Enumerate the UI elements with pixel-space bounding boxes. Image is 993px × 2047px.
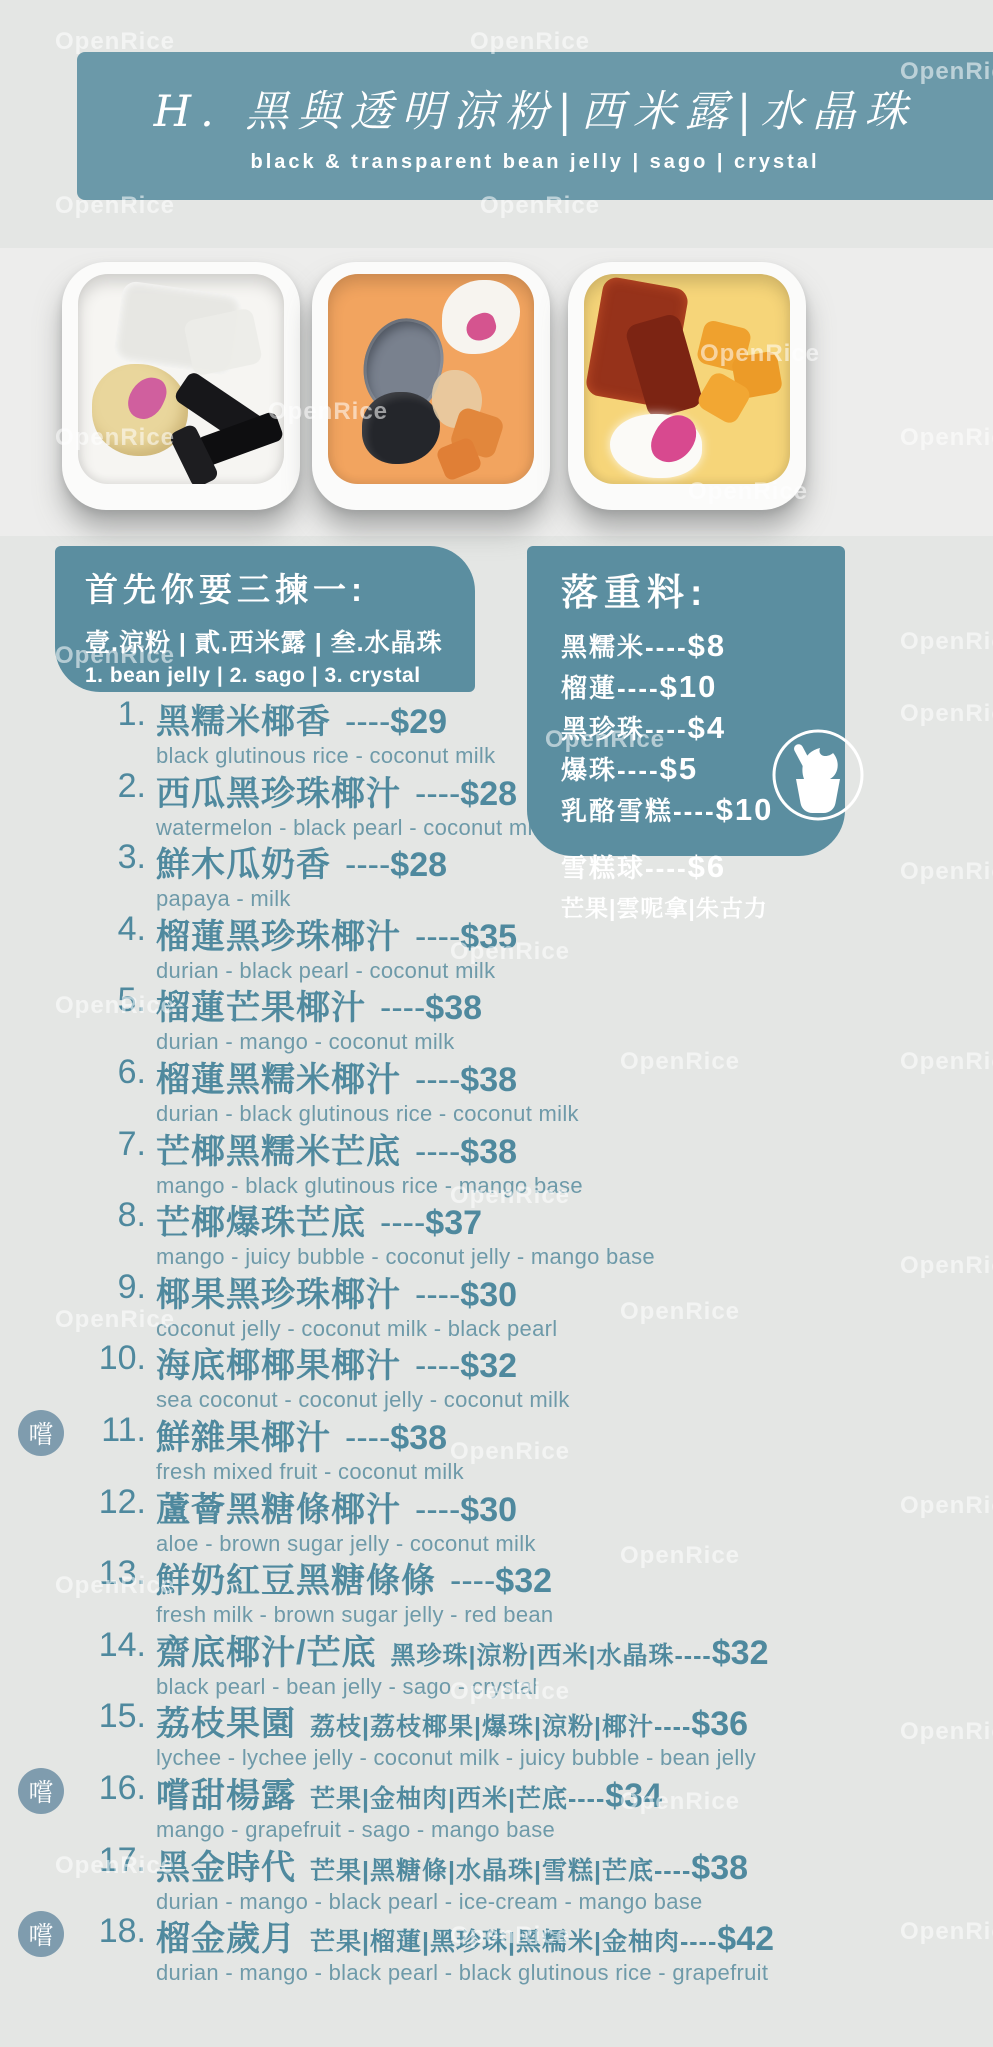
- menu-item-price: $29: [390, 703, 447, 741]
- menu-item-dashes: ----: [415, 1491, 460, 1529]
- menu-item-description: black pearl - bean jelly - sago - crysta…: [156, 1675, 993, 1699]
- choose-box-options-en: 1. bean jelly | 2. sago | 3. crystal: [85, 664, 475, 688]
- menu-item-description: durian - mango - coconut milk: [156, 1030, 993, 1054]
- dessert-bowl-1: [78, 274, 284, 484]
- topping-row: 榴蓮----$10: [561, 667, 845, 708]
- choose-one-box: 首先你要三揀一: 壹.涼粉 | 貳.西米露 | 叁.水晶珠 1. bean je…: [55, 546, 475, 692]
- menu-item-row: 嚐 18. 榴金歲月芒果|榴蓮|黑珍珠|黑糯米|金柚肉----$42 duria…: [0, 1911, 993, 1983]
- topping-price: $4: [688, 710, 726, 745]
- menu-item-dashes: ----: [415, 1347, 460, 1385]
- menu-item-price: $35: [460, 918, 517, 956]
- menu-item-name: 芒椰爆珠芒底: [156, 1204, 366, 1242]
- ice-cream-flavors: 芒果|雲呢拿|朱古力: [561, 890, 845, 923]
- menu-item-price: $38: [425, 989, 482, 1027]
- menu-item-number: 5.: [0, 981, 146, 1020]
- menu-item-row: 12. 蘆薈黑糖條椰汁----$30 aloe - brown sugar je…: [0, 1482, 993, 1554]
- menu-item-dashes: ----: [415, 1133, 460, 1171]
- menu-item-number: 1.: [0, 695, 146, 734]
- menu-item-ingredients: 荔枝|荔枝椰果|爆珠|涼粉|椰汁----: [310, 1713, 691, 1741]
- menu-item-name: 黑糯米椰香: [156, 703, 331, 741]
- menu-item-dashes: ----: [415, 1061, 460, 1099]
- menu-item-description: durian - mango - black pearl - ice-cream…: [156, 1890, 993, 1914]
- menu-item-description: mango - black glutinous rice - mango bas…: [156, 1174, 993, 1198]
- menu-item-row: 7. 芒椰黑糯米芒底----$38 mango - black glutinou…: [0, 1124, 993, 1196]
- menu-item-number: 7.: [0, 1125, 146, 1164]
- menu-item-price: $28: [460, 775, 517, 813]
- menu-item-row: 5. 榴蓮芒果椰汁----$38 durian - mango - coconu…: [0, 980, 993, 1052]
- menu-item-price: $38: [460, 1061, 517, 1099]
- menu-item-name: 榴蓮黑糯米椰汁: [156, 1061, 401, 1099]
- menu-item-price: $36: [691, 1705, 748, 1743]
- menu-item-ingredients: 芒果|黑糖條|水晶珠|雪糕|芒底----: [310, 1857, 691, 1885]
- topping-name: 榴蓮: [561, 673, 617, 703]
- menu-item-name: 黑金時代: [156, 1849, 296, 1887]
- toppings-box-title: 落重料:: [561, 562, 845, 616]
- menu-item-price: $28: [390, 846, 447, 884]
- menu-item-dashes: ----: [415, 918, 460, 956]
- menu-item-description: mango - grapefruit - sago - mango base: [156, 1818, 993, 1842]
- menu-item-price: $30: [460, 1276, 517, 1314]
- menu-item-number: 13.: [0, 1554, 146, 1593]
- dessert-bowl-3: [584, 274, 790, 484]
- menu-item-number: 16.: [0, 1769, 146, 1808]
- menu-item-name: 榴蓮芒果椰汁: [156, 989, 366, 1027]
- menu-item-number: 18.: [0, 1912, 146, 1951]
- dessert-photo-3: [568, 262, 806, 510]
- menu-item-name: 嚐甜楊露: [156, 1777, 296, 1815]
- topping-name: 黑珍珠: [561, 714, 645, 744]
- topping-dashes: ----: [645, 714, 688, 744]
- menu-item-name: 椰果黑珍珠椰汁: [156, 1276, 401, 1314]
- topping-dashes: ----: [617, 673, 660, 703]
- ice-cream-ball-price: $6: [688, 849, 726, 884]
- menu-item-dashes: ----: [380, 989, 425, 1027]
- menu-item-name: 鮮雜果椰汁: [156, 1419, 331, 1457]
- menu-item-description: durian - black pearl - coconut milk: [156, 959, 993, 983]
- choose-box-options-zh: 壹.涼粉 | 貳.西米露 | 叁.水晶珠: [85, 623, 475, 659]
- menu-item-row: 6. 榴蓮黑糯米椰汁----$38 durian - black glutino…: [0, 1052, 993, 1124]
- menu-item-row: 9. 椰果黑珍珠椰汁----$30 coconut jelly - coconu…: [0, 1267, 993, 1339]
- menu-item-row: 嚐 11. 鮮雜果椰汁----$38 fresh mixed fruit - c…: [0, 1410, 993, 1482]
- menu-item-price: $32: [495, 1562, 552, 1600]
- menu-item-number: 10.: [0, 1339, 146, 1378]
- menu-item-row: 17. 黑金時代芒果|黑糖條|水晶珠|雪糕|芒底----$38 durian -…: [0, 1840, 993, 1912]
- menu-item-price: $32: [712, 1634, 769, 1672]
- menu-item-number: 15.: [0, 1697, 146, 1736]
- menu-item-dashes: ----: [380, 1204, 425, 1242]
- choose-box-title: 首先你要三揀一:: [85, 564, 475, 611]
- menu-item-description: coconut jelly - coconut milk - black pea…: [156, 1317, 993, 1341]
- menu-item-name: 西瓜黑珍珠椰汁: [156, 775, 401, 813]
- menu-item-number: 6.: [0, 1053, 146, 1092]
- menu-item-price: $32: [460, 1347, 517, 1385]
- menu-item-number: 14.: [0, 1626, 146, 1665]
- ice-cream-ball-line: 雪糕球----$6: [561, 847, 845, 888]
- menu-item-description: durian - black glutinous rice - coconut …: [156, 1102, 993, 1126]
- menu-item-row: 15. 荔枝果園荔枝|荔枝椰果|爆珠|涼粉|椰汁----$36 lychee -…: [0, 1696, 993, 1768]
- menu-item-price: $42: [717, 1920, 774, 1958]
- menu-item-name: 荔枝果園: [156, 1705, 296, 1743]
- ice-cream-cup-icon: [770, 727, 866, 823]
- menu-item-name: 蘆薈黑糖條椰汁: [156, 1491, 401, 1529]
- menu-item-number: 4.: [0, 910, 146, 949]
- topping-name: 爆珠: [561, 755, 617, 785]
- menu-item-name: 榴蓮黑珍珠椰汁: [156, 918, 401, 956]
- page-subtitle: black & transparent bean jelly | sago | …: [77, 151, 993, 174]
- topping-row: 黑糯米----$8: [561, 626, 845, 667]
- menu-item-row: 14. 齋底椰汁/芒底黑珍珠|涼粉|西米|水晶珠----$32 black pe…: [0, 1625, 993, 1697]
- dessert-photo-strip: [0, 248, 993, 536]
- menu-header: H. 黑與透明涼粉|西米露|水晶珠 black & transparent be…: [77, 52, 993, 200]
- menu-item-ingredients: 芒果|金柚肉|西米|芒底----: [310, 1785, 605, 1813]
- openrice-watermark: OpenRice: [900, 628, 993, 656]
- menu-item-description: lychee - lychee jelly - coconut milk - j…: [156, 1746, 993, 1770]
- menu-item-number: 8.: [0, 1196, 146, 1235]
- menu-item-row: 13. 鮮奶紅豆黑糖條條----$32 fresh milk - brown s…: [0, 1553, 993, 1625]
- menu-item-row: 8. 芒椰爆珠芒底----$37 mango - juicy bubble - …: [0, 1195, 993, 1267]
- menu-item-price: $38: [390, 1419, 447, 1457]
- menu-item-number: 17.: [0, 1841, 146, 1880]
- topping-price: $10: [660, 669, 718, 704]
- menu-item-description: durian - mango - black pearl - black glu…: [156, 1961, 993, 1985]
- topping-price: $5: [660, 751, 698, 786]
- menu-item-name: 齋底椰汁/芒底: [156, 1634, 376, 1672]
- dessert-bowl-2: [328, 274, 534, 484]
- menu-item-dashes: ----: [415, 1276, 460, 1314]
- ice-cream-ball-name: 雪糕球: [561, 853, 645, 883]
- menu-item-dashes: ----: [450, 1562, 495, 1600]
- menu-item-name: 鮮奶紅豆黑糖條條: [156, 1562, 436, 1600]
- menu-item-name: 海底椰椰果椰汁: [156, 1347, 401, 1385]
- topping-name: 黑糯米: [561, 632, 645, 662]
- menu-item-dashes: ----: [345, 703, 390, 741]
- menu-item-price: $34: [605, 1777, 662, 1815]
- dessert-photo-2: [312, 262, 550, 510]
- topping-price: $10: [716, 792, 774, 827]
- menu-item-name: 芒椰黑糯米芒底: [156, 1133, 401, 1171]
- menu-item-number: 2.: [0, 767, 146, 806]
- menu-item-description: aloe - brown sugar jelly - coconut milk: [156, 1532, 993, 1556]
- menu-item-dashes: ----: [345, 846, 390, 884]
- menu-item-number: 9.: [0, 1268, 146, 1307]
- topping-price: $8: [688, 628, 726, 663]
- menu-item-description: fresh milk - brown sugar jelly - red bea…: [156, 1603, 993, 1627]
- menu-item-name: 榴金歲月: [156, 1920, 296, 1958]
- page-title: H. 黑與透明涼粉|西米露|水晶珠: [77, 78, 993, 139]
- topping-dashes: ----: [645, 632, 688, 662]
- menu-item-dashes: ----: [345, 1419, 390, 1457]
- topping-name: 乳酪雪糕: [561, 796, 673, 826]
- menu-item-row: 嚐 16. 嚐甜楊露芒果|金柚肉|西米|芒底----$34 mango - gr…: [0, 1768, 993, 1840]
- menu-item-number: 11.: [0, 1411, 146, 1450]
- menu-page: H. 黑與透明涼粉|西米露|水晶珠 black & transparent be…: [0, 0, 993, 2047]
- menu-item-ingredients: 黑珍珠|涼粉|西米|水晶珠----: [390, 1642, 711, 1670]
- dessert-photo-1: [62, 262, 300, 510]
- menu-item-name: 鮮木瓜奶香: [156, 846, 331, 884]
- menu-item-price: $38: [460, 1133, 517, 1171]
- menu-item-number: 12.: [0, 1483, 146, 1522]
- menu-item-price: $38: [691, 1849, 748, 1887]
- menu-item-price: $30: [460, 1491, 517, 1529]
- menu-item-price: $37: [425, 1204, 482, 1242]
- menu-item-ingredients: 芒果|榴蓮|黑珍珠|黑糯米|金柚肉----: [310, 1928, 717, 1956]
- menu-item-number: 3.: [0, 838, 146, 877]
- menu-item-description: mango - juicy bubble - coconut jelly - m…: [156, 1245, 993, 1269]
- menu-item-description: sea coconut - coconut jelly - coconut mi…: [156, 1388, 993, 1412]
- topping-dashes: ----: [673, 796, 716, 826]
- menu-item-row: 10. 海底椰椰果椰汁----$32 sea coconut - coconut…: [0, 1338, 993, 1410]
- topping-dashes: ----: [617, 755, 660, 785]
- menu-item-description: fresh mixed fruit - coconut milk: [156, 1460, 993, 1484]
- menu-item-dashes: ----: [415, 775, 460, 813]
